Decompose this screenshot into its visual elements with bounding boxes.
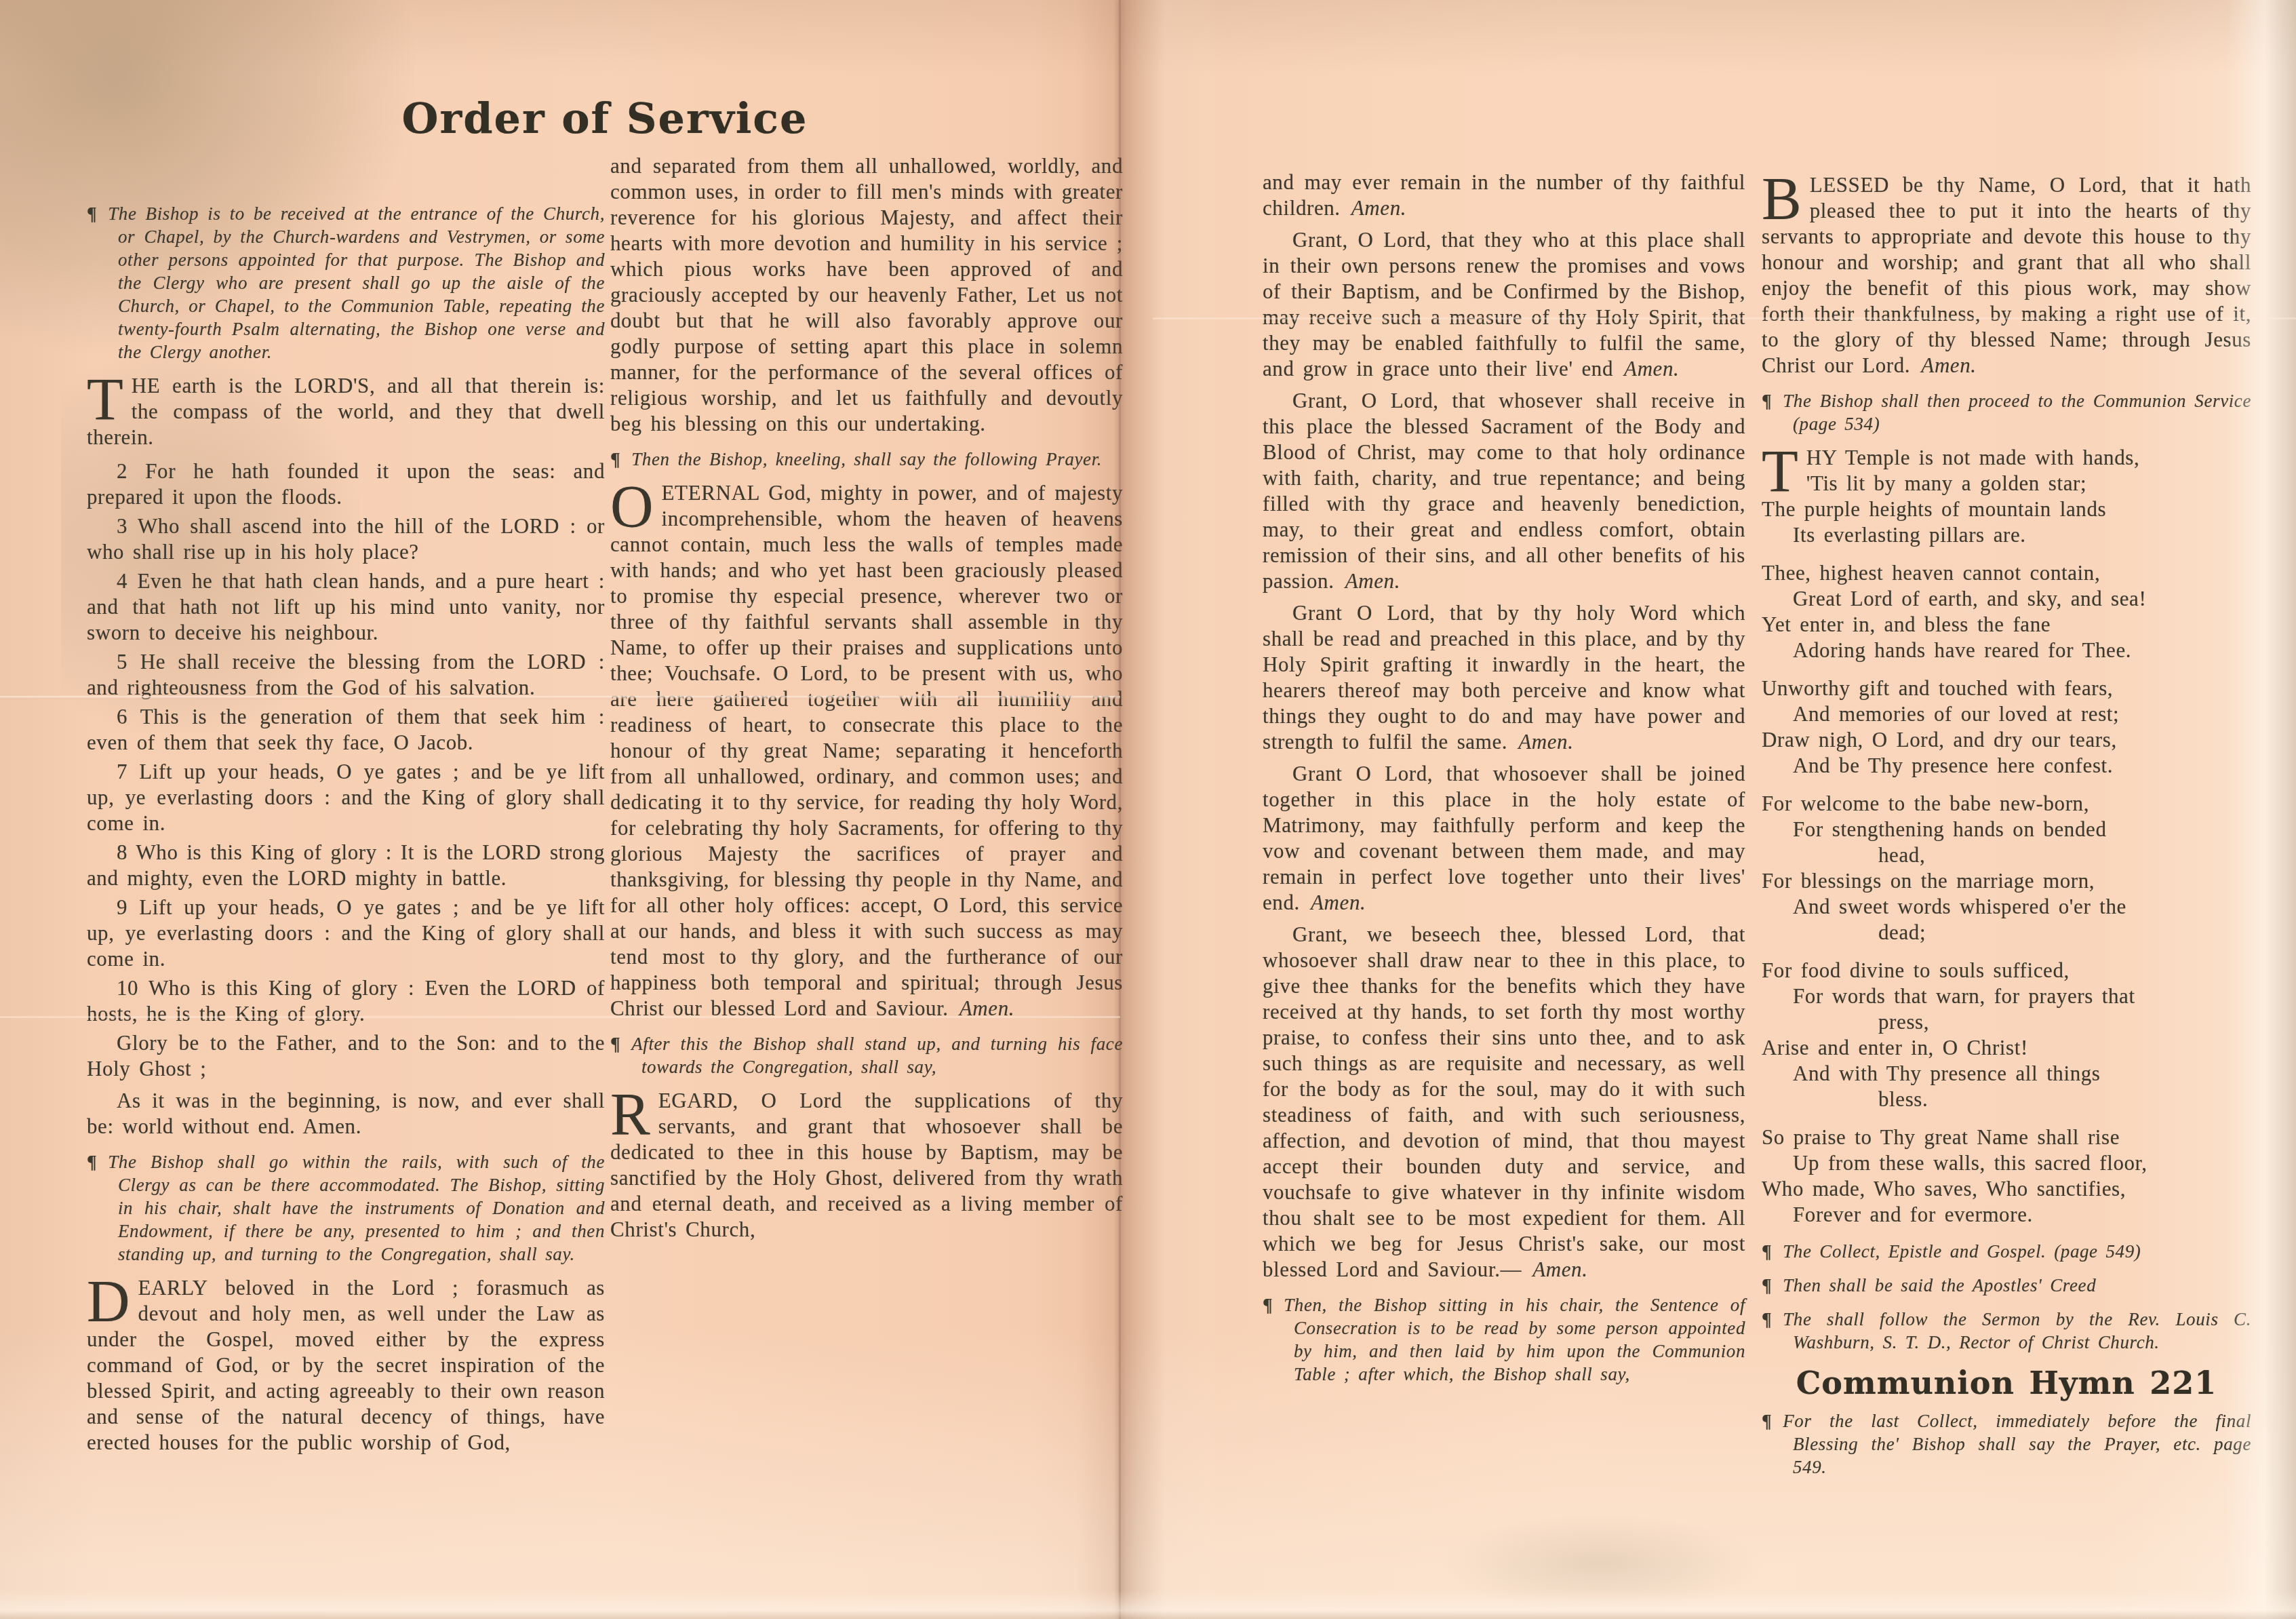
rubric: ¶The Bishop shall go within the rails, w… bbox=[87, 1150, 605, 1266]
hymn-line: Arise and enter in, O Christ! bbox=[1762, 1035, 2251, 1061]
drop-cap: R bbox=[610, 1088, 658, 1138]
hymn-line: Up from these walls, this sacred floor, bbox=[1762, 1150, 2251, 1176]
pilcrow-mark: ¶ bbox=[1762, 1241, 1783, 1262]
hymn-stanza: For food divine to souls sufficed,For wo… bbox=[1762, 958, 2251, 1112]
rubric: ¶The Bishop shall then proceed to the Co… bbox=[1762, 389, 2251, 435]
rubric: ¶Then shall be said the Apostles' Creed bbox=[1762, 1274, 2251, 1297]
rubric: ¶The Bishop is to be received at the ent… bbox=[87, 202, 605, 364]
drop-cap: B bbox=[1762, 172, 1810, 222]
hymn-stanza: For welcome to the babe new-born,For ste… bbox=[1762, 791, 2251, 945]
prayer-paragraph: Grant, O Lord, that whosever shall recei… bbox=[1263, 388, 1745, 594]
psalm-verse: 8 Who is this King of glory : It is the … bbox=[87, 840, 605, 891]
rubric: ¶The Collect, Epistle and Gospel. (page … bbox=[1762, 1240, 2251, 1263]
rubric-text: For the last Collect, immediately before… bbox=[1783, 1411, 2251, 1477]
psalm-verse: 5 He shall receive the blessing from the… bbox=[87, 649, 605, 701]
column-3: and may ever remain in the number of thy… bbox=[1263, 170, 1745, 1395]
verse-number: 4 bbox=[117, 569, 127, 593]
amen-text: Amen. bbox=[1311, 891, 1366, 914]
hymn-line: press, bbox=[1762, 1009, 2251, 1035]
hymn-line: For words that warn, for prayers that bbox=[1762, 983, 2251, 1009]
hymn-line: Yet enter in, and bless the fane bbox=[1762, 612, 2251, 638]
hymn-line: Forever and for evermore. bbox=[1762, 1202, 2251, 1228]
hymn-line: Great Lord of earth, and sky, and sea! bbox=[1762, 586, 2251, 612]
hymn-line-text: And with Thy presence all things bbox=[1793, 1061, 2101, 1085]
psalm-verse: 2 For he hath founded it upon the seas: … bbox=[87, 459, 605, 510]
verse-number: 2 bbox=[117, 459, 127, 483]
rubric: ¶For the last Collect, immediately befor… bbox=[1762, 1409, 2251, 1479]
rubric: ¶Then, the Bishop sitting in his chair, … bbox=[1263, 1293, 1745, 1386]
amen-text: Amen. bbox=[1345, 569, 1400, 593]
pilcrow-mark: ¶ bbox=[1762, 1411, 1783, 1431]
hymn-line-text: For welcome to the babe new-born, bbox=[1762, 792, 2089, 815]
prayer-paragraph: and may ever remain in the number of thy… bbox=[1263, 170, 1745, 221]
hymn-stanza: So praise to Thy great Name shall riseUp… bbox=[1762, 1125, 2251, 1228]
hymn-line: The purple heights of mountain lands bbox=[1762, 496, 2251, 522]
hymn-line: Its everlasting pillars are. bbox=[1762, 522, 2251, 548]
hymn-line-text: Forever and for evermore. bbox=[1793, 1203, 2033, 1226]
paragraph-text: EGARD, O Lord the supplications of thy s… bbox=[610, 1089, 1123, 1241]
hymn-line: And sweet words whispered o'er the bbox=[1762, 894, 2251, 920]
verse-number: 8 bbox=[117, 840, 127, 864]
pilcrow-mark: ¶ bbox=[87, 203, 108, 224]
hymn-line-text: Arise and enter in, O Christ! bbox=[1762, 1036, 2028, 1059]
hymn-line-text: Draw nigh, O Lord, and dry our tears, bbox=[1762, 728, 2117, 752]
prayer-paragraph: Glory be to the Father, and to the Son: … bbox=[87, 1030, 605, 1082]
hymn-line-text: And be Thy presence here confest. bbox=[1793, 754, 2113, 777]
hymn-line-text: And sweet words whispered o'er the bbox=[1793, 895, 2126, 918]
psalm-verse: 4 Even he that hath clean hands, and a p… bbox=[87, 568, 605, 646]
prayer-paragraph: REGARD, O Lord the supplications of thy … bbox=[610, 1088, 1123, 1243]
hymn-line: For food divine to souls sufficed, bbox=[1762, 958, 2251, 983]
hymn-line: And be Thy presence here confest. bbox=[1762, 753, 2251, 779]
rubric-text: The Bishop is to be received at the entr… bbox=[108, 203, 605, 362]
psalm-verse: 6 This is the generation of them that se… bbox=[87, 704, 605, 756]
verse-number: 9 bbox=[117, 895, 127, 919]
prayer-paragraph: OETERNAL God, mighty in power, and of ma… bbox=[610, 480, 1123, 1021]
prayer-paragraph: and separated from them all unhallowed, … bbox=[610, 153, 1123, 437]
hymn-line: Thee, highest heaven cannot contain, bbox=[1762, 560, 2251, 586]
paragraph-text: ETERNAL God, mighty in power, and of maj… bbox=[610, 481, 1123, 1020]
rubric-text: The Bishop shall then proceed to the Com… bbox=[1783, 391, 2251, 434]
paragraph-text: and may ever remain in the number of thy… bbox=[1263, 170, 1745, 220]
verse-text: Who is this King of glory : It is the LO… bbox=[87, 840, 605, 890]
hymn-line-text: HY Temple is not made with hands, bbox=[1806, 446, 2140, 469]
amen-text: Amen. bbox=[1624, 357, 1679, 381]
hymn-line-text: The purple heights of mountain lands bbox=[1762, 497, 2106, 521]
hymn-line-text: And memories of our loved at rest; bbox=[1793, 702, 2119, 726]
hymn-stanza: Thee, highest heaven cannot contain,Grea… bbox=[1762, 560, 2251, 663]
hymn-line: For stengthening hands on bended bbox=[1762, 817, 2251, 842]
rubric: ¶After this the Bishop shall stand up, a… bbox=[610, 1032, 1123, 1078]
paragraph-text: HE earth is the LORD'S, and all that the… bbox=[87, 374, 605, 449]
paragraph-text: Grant, we beseech thee, blessed Lord, th… bbox=[1263, 922, 1745, 1281]
column-1: ¶The Bishop is to be received at the ent… bbox=[87, 191, 605, 1464]
hymn-line: 'Tis lit by many a golden star; bbox=[1762, 471, 2251, 496]
paragraph-text: and separated from them all unhallowed, … bbox=[610, 154, 1123, 435]
rubric-text: Then shall be said the Apostles' Creed bbox=[1783, 1275, 2096, 1295]
scanned-document: Order of Service ¶The Bishop is to be re… bbox=[0, 0, 2296, 1619]
hymn-line-text: So praise to Thy great Name shall rise bbox=[1762, 1125, 2120, 1149]
verse-text: Lift up your heads, O ye gates ; and be … bbox=[87, 760, 605, 835]
verse-text: Lift up your heads, O ye gates ; and be … bbox=[87, 895, 605, 971]
amen-text: Amen. bbox=[1921, 353, 1976, 377]
prayer-paragraph: THE earth is the LORD'S, and all that th… bbox=[87, 373, 605, 450]
prayer-paragraph: Grant O Lord, that by thy holy Word whic… bbox=[1263, 600, 1745, 755]
pilcrow-mark: ¶ bbox=[610, 1034, 631, 1054]
paper-bottom-edge bbox=[0, 1590, 2296, 1619]
psalm-verse: 3 Who shall ascend into the hill of the … bbox=[87, 513, 605, 565]
prayer-paragraph: Grant, O Lord, that they who at this pla… bbox=[1263, 227, 1745, 382]
verse-text: This is the generation of them that seek… bbox=[87, 705, 605, 754]
verse-number: 7 bbox=[117, 760, 127, 783]
hymn-line-text: Who made, Who saves, Who sanctifies, bbox=[1762, 1177, 2126, 1201]
verse-number: 3 bbox=[117, 514, 127, 538]
amen-text: Amen. bbox=[959, 996, 1014, 1020]
pilcrow-mark: ¶ bbox=[1762, 391, 1783, 411]
prayer-paragraph: Grant O Lord, that whosoever shall be jo… bbox=[1263, 761, 1745, 916]
hymn-line-text: For stengthening hands on bended bbox=[1793, 817, 2107, 841]
hymn: THY Temple is not made with hands,'Tis l… bbox=[1762, 445, 2251, 1228]
paragraph-text: EARLY beloved in the Lord ; forasmuch as… bbox=[87, 1276, 605, 1454]
drop-cap: T bbox=[87, 373, 132, 423]
rubric-text: The Bishop shall go within the rails, wi… bbox=[108, 1152, 605, 1264]
verse-text: Even he that hath clean hands, and a pur… bbox=[87, 569, 605, 644]
hymn-line-text: bless. bbox=[1878, 1087, 1928, 1111]
hymn-stanza: Unworthy gift and touched with fears,And… bbox=[1762, 676, 2251, 779]
verse-text: He shall receive the blessing from the L… bbox=[87, 650, 605, 699]
hymn-line-text: Unworthy gift and touched with fears, bbox=[1762, 676, 2113, 700]
hymn-line: And with Thy presence all things bbox=[1762, 1061, 2251, 1087]
hymn-line-text: Thee, highest heaven cannot contain, bbox=[1762, 561, 2100, 585]
verse-text: Who shall ascend into the hill of the LO… bbox=[87, 514, 605, 564]
column-2: and separated from them all unhallowed, … bbox=[610, 153, 1123, 1251]
paragraph-text: Glory be to the Father, and to the Son: … bbox=[87, 1031, 605, 1080]
rubric-text: Then the Bishop, kneeling, shall say the… bbox=[631, 449, 1102, 469]
hymn-stanza: THY Temple is not made with hands,'Tis l… bbox=[1762, 445, 2251, 548]
hymn-line-text: For words that warn, for prayers that bbox=[1793, 984, 2135, 1008]
pilcrow-mark: ¶ bbox=[87, 1152, 108, 1172]
pilcrow-mark: ¶ bbox=[1762, 1275, 1783, 1295]
hymn-line-text: dead; bbox=[1878, 920, 1926, 944]
pilcrow-mark: ¶ bbox=[610, 449, 631, 469]
hymn-line: THY Temple is not made with hands, bbox=[1762, 445, 2251, 471]
psalm-verse: 10 Who is this King of glory : Even the … bbox=[87, 975, 605, 1027]
paragraph-text: As it was in the beginning, is now, and … bbox=[87, 1089, 605, 1138]
paragraph-text: LESSED be thy Name, O Lord, that it hath… bbox=[1762, 173, 2251, 377]
hymn-line-text: Adoring hands have reared for Thee. bbox=[1793, 638, 2131, 662]
rubric-text: The shall follow the Sermon by the Rev. … bbox=[1783, 1309, 2251, 1352]
prayer-paragraph: As it was in the beginning, is now, and … bbox=[87, 1088, 605, 1139]
hymn-line: bless. bbox=[1762, 1087, 2251, 1112]
verse-number: 10 bbox=[117, 976, 138, 1000]
hymn-line: Unworthy gift and touched with fears, bbox=[1762, 676, 2251, 701]
hymn-line-text: Its everlasting pillars are. bbox=[1793, 523, 2026, 547]
rubric-text: The Collect, Epistle and Gospel. (page 5… bbox=[1783, 1241, 2141, 1262]
psalm-verse: 9 Lift up your heads, O ye gates ; and b… bbox=[87, 895, 605, 972]
rubric: ¶The shall follow the Sermon by the Rev.… bbox=[1762, 1308, 2251, 1354]
hymn-line-text: For food divine to souls sufficed, bbox=[1762, 958, 2070, 982]
hymn-line-text: Yet enter in, and bless the fane bbox=[1762, 612, 2051, 636]
pilcrow-mark: ¶ bbox=[1762, 1309, 1783, 1329]
hymn-line: So praise to Thy great Name shall rise bbox=[1762, 1125, 2251, 1150]
hymn-line: For welcome to the babe new-born, bbox=[1762, 791, 2251, 817]
amen-text: Amen. bbox=[1518, 730, 1573, 754]
hymn-line: Draw nigh, O Lord, and dry our tears, bbox=[1762, 727, 2251, 753]
verse-number: 5 bbox=[117, 650, 127, 674]
amen-text: Amen. bbox=[1532, 1257, 1587, 1281]
page-title: Order of Service bbox=[87, 94, 1123, 143]
hymn-line: Adoring hands have reared for Thee. bbox=[1762, 638, 2251, 663]
drop-cap: D bbox=[87, 1275, 138, 1325]
paragraph-text: Grant O Lord, that by thy holy Word whic… bbox=[1263, 601, 1745, 754]
hymn-line: For blessings on the marriage morn, bbox=[1762, 868, 2251, 894]
paper-stain-bottom bbox=[1438, 1513, 1763, 1614]
psalm-verse: 7 Lift up your heads, O ye gates ; and b… bbox=[87, 759, 605, 836]
section-heading: Communion Hymn 221 bbox=[1762, 1370, 2251, 1396]
hymn-line: Who made, Who saves, Who sanctifies, bbox=[1762, 1176, 2251, 1202]
prayer-paragraph: Grant, we beseech thee, blessed Lord, th… bbox=[1263, 922, 1745, 1283]
paragraph-text: Grant, O Lord, that whosever shall recei… bbox=[1263, 389, 1745, 593]
hymn-line-text: 'Tis lit by many a golden star; bbox=[1806, 471, 2086, 495]
hymn-line-text: For blessings on the marriage morn, bbox=[1762, 869, 2095, 893]
rubric-text: After this the Bishop shall stand up, an… bbox=[631, 1034, 1123, 1077]
hymn-line-text: press, bbox=[1878, 1010, 1929, 1034]
pilcrow-mark: ¶ bbox=[1263, 1295, 1284, 1315]
verse-number: 6 bbox=[117, 705, 127, 728]
verse-text: For he hath founded it upon the seas: an… bbox=[87, 459, 605, 509]
rubric: ¶Then the Bishop, kneeling, shall say th… bbox=[610, 448, 1123, 471]
rubric-text: Then, the Bishop sitting in his chair, t… bbox=[1284, 1295, 1745, 1384]
hymn-line: head, bbox=[1762, 842, 2251, 868]
hymn-line-text: Great Lord of earth, and sky, and sea! bbox=[1793, 587, 2146, 610]
amen-text: Amen. bbox=[1351, 196, 1406, 220]
prayer-paragraph: BLESSED be thy Name, O Lord, that it hat… bbox=[1762, 172, 2251, 378]
column-4: BLESSED be thy Name, O Lord, that it hat… bbox=[1762, 170, 2251, 1488]
verse-text: Who is this King of glory : Even the LOR… bbox=[87, 976, 605, 1026]
hymn-line: dead; bbox=[1762, 920, 2251, 945]
hymn-line-text: head, bbox=[1878, 843, 1925, 867]
hymn-line-text: Up from these walls, this sacred floor, bbox=[1793, 1151, 2147, 1175]
drop-cap: T bbox=[1762, 445, 1806, 495]
hymn-line: And memories of our loved at rest; bbox=[1762, 701, 2251, 727]
drop-cap: O bbox=[610, 480, 662, 530]
prayer-paragraph: DEARLY beloved in the Lord ; forasmuch a… bbox=[87, 1275, 605, 1456]
